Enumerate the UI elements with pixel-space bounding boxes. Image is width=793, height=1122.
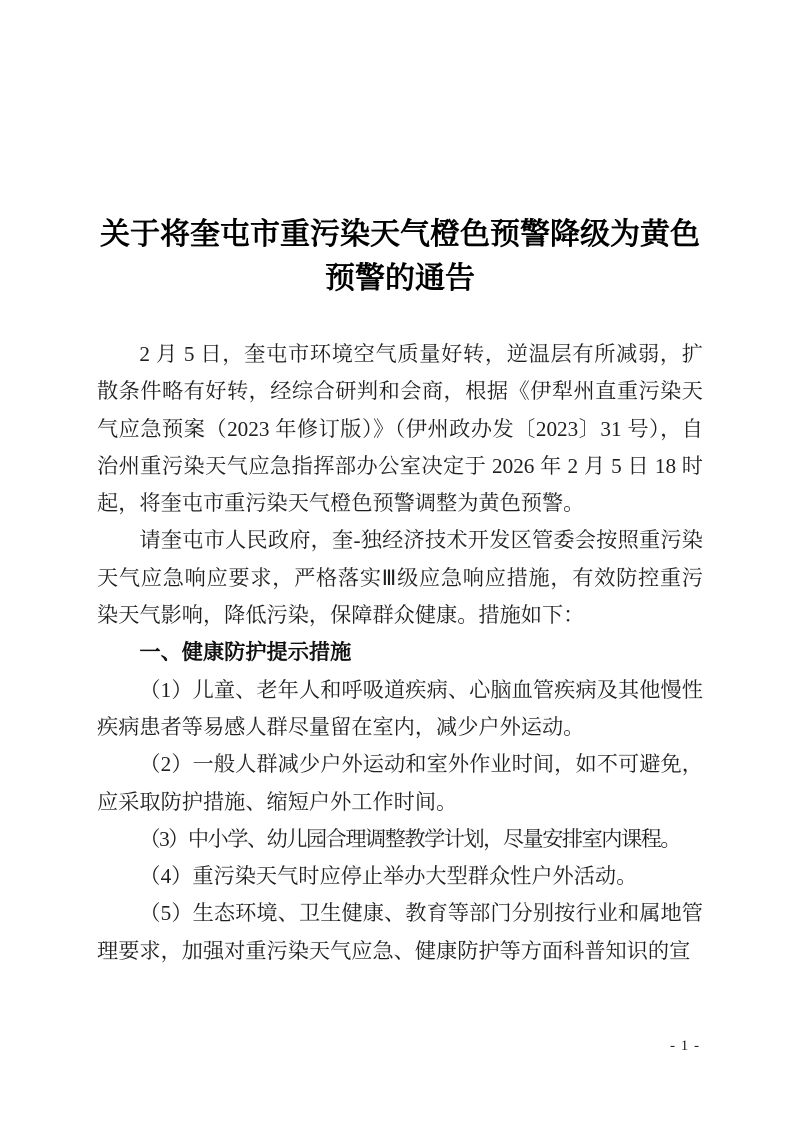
- document-page: 关于将奎屯市重污染天气橙色预警降级为黄色预警的通告 2 月 5 日，奎屯市环境空…: [0, 0, 793, 1122]
- section-heading-health-protection: 一、健康防护提示措施: [97, 634, 703, 671]
- document-content: 关于将奎屯市重污染天气橙色预警降级为黄色预警的通告 2 月 5 日，奎屯市环境空…: [97, 213, 703, 970]
- document-title: 关于将奎屯市重污染天气橙色预警降级为黄色预警的通告: [97, 213, 703, 301]
- paragraph-intro: 2 月 5 日，奎屯市环境空气质量好转，逆温层有所减弱，扩散条件略有好转，经综合…: [97, 336, 703, 522]
- page-number: - 1 -: [670, 1038, 700, 1055]
- paragraph-request: 请奎屯市人民政府，奎-独经济技术开发区管委会按照重污染天气应急响应要求，严格落实…: [97, 522, 703, 634]
- measure-item-1: （1）儿童、老年人和呼吸道疾病、心脑血管疾病及其他慢性疾病患者等易感人群尽量留在…: [97, 672, 703, 747]
- measure-item-2: （2）一般人群减少户外运动和室外作业时间，如不可避免，应采取防护措施、缩短户外工…: [97, 746, 703, 821]
- measure-item-3: （3）中小学、幼儿园合理调整教学计划，尽量安排室内课程。: [97, 821, 703, 858]
- measure-item-5: （5）生态环境、卫生健康、教育等部门分别按行业和属地管理要求，加强对重污染天气应…: [97, 895, 703, 970]
- measure-item-4: （4）重污染天气时应停止举办大型群众性户外活动。: [97, 858, 703, 895]
